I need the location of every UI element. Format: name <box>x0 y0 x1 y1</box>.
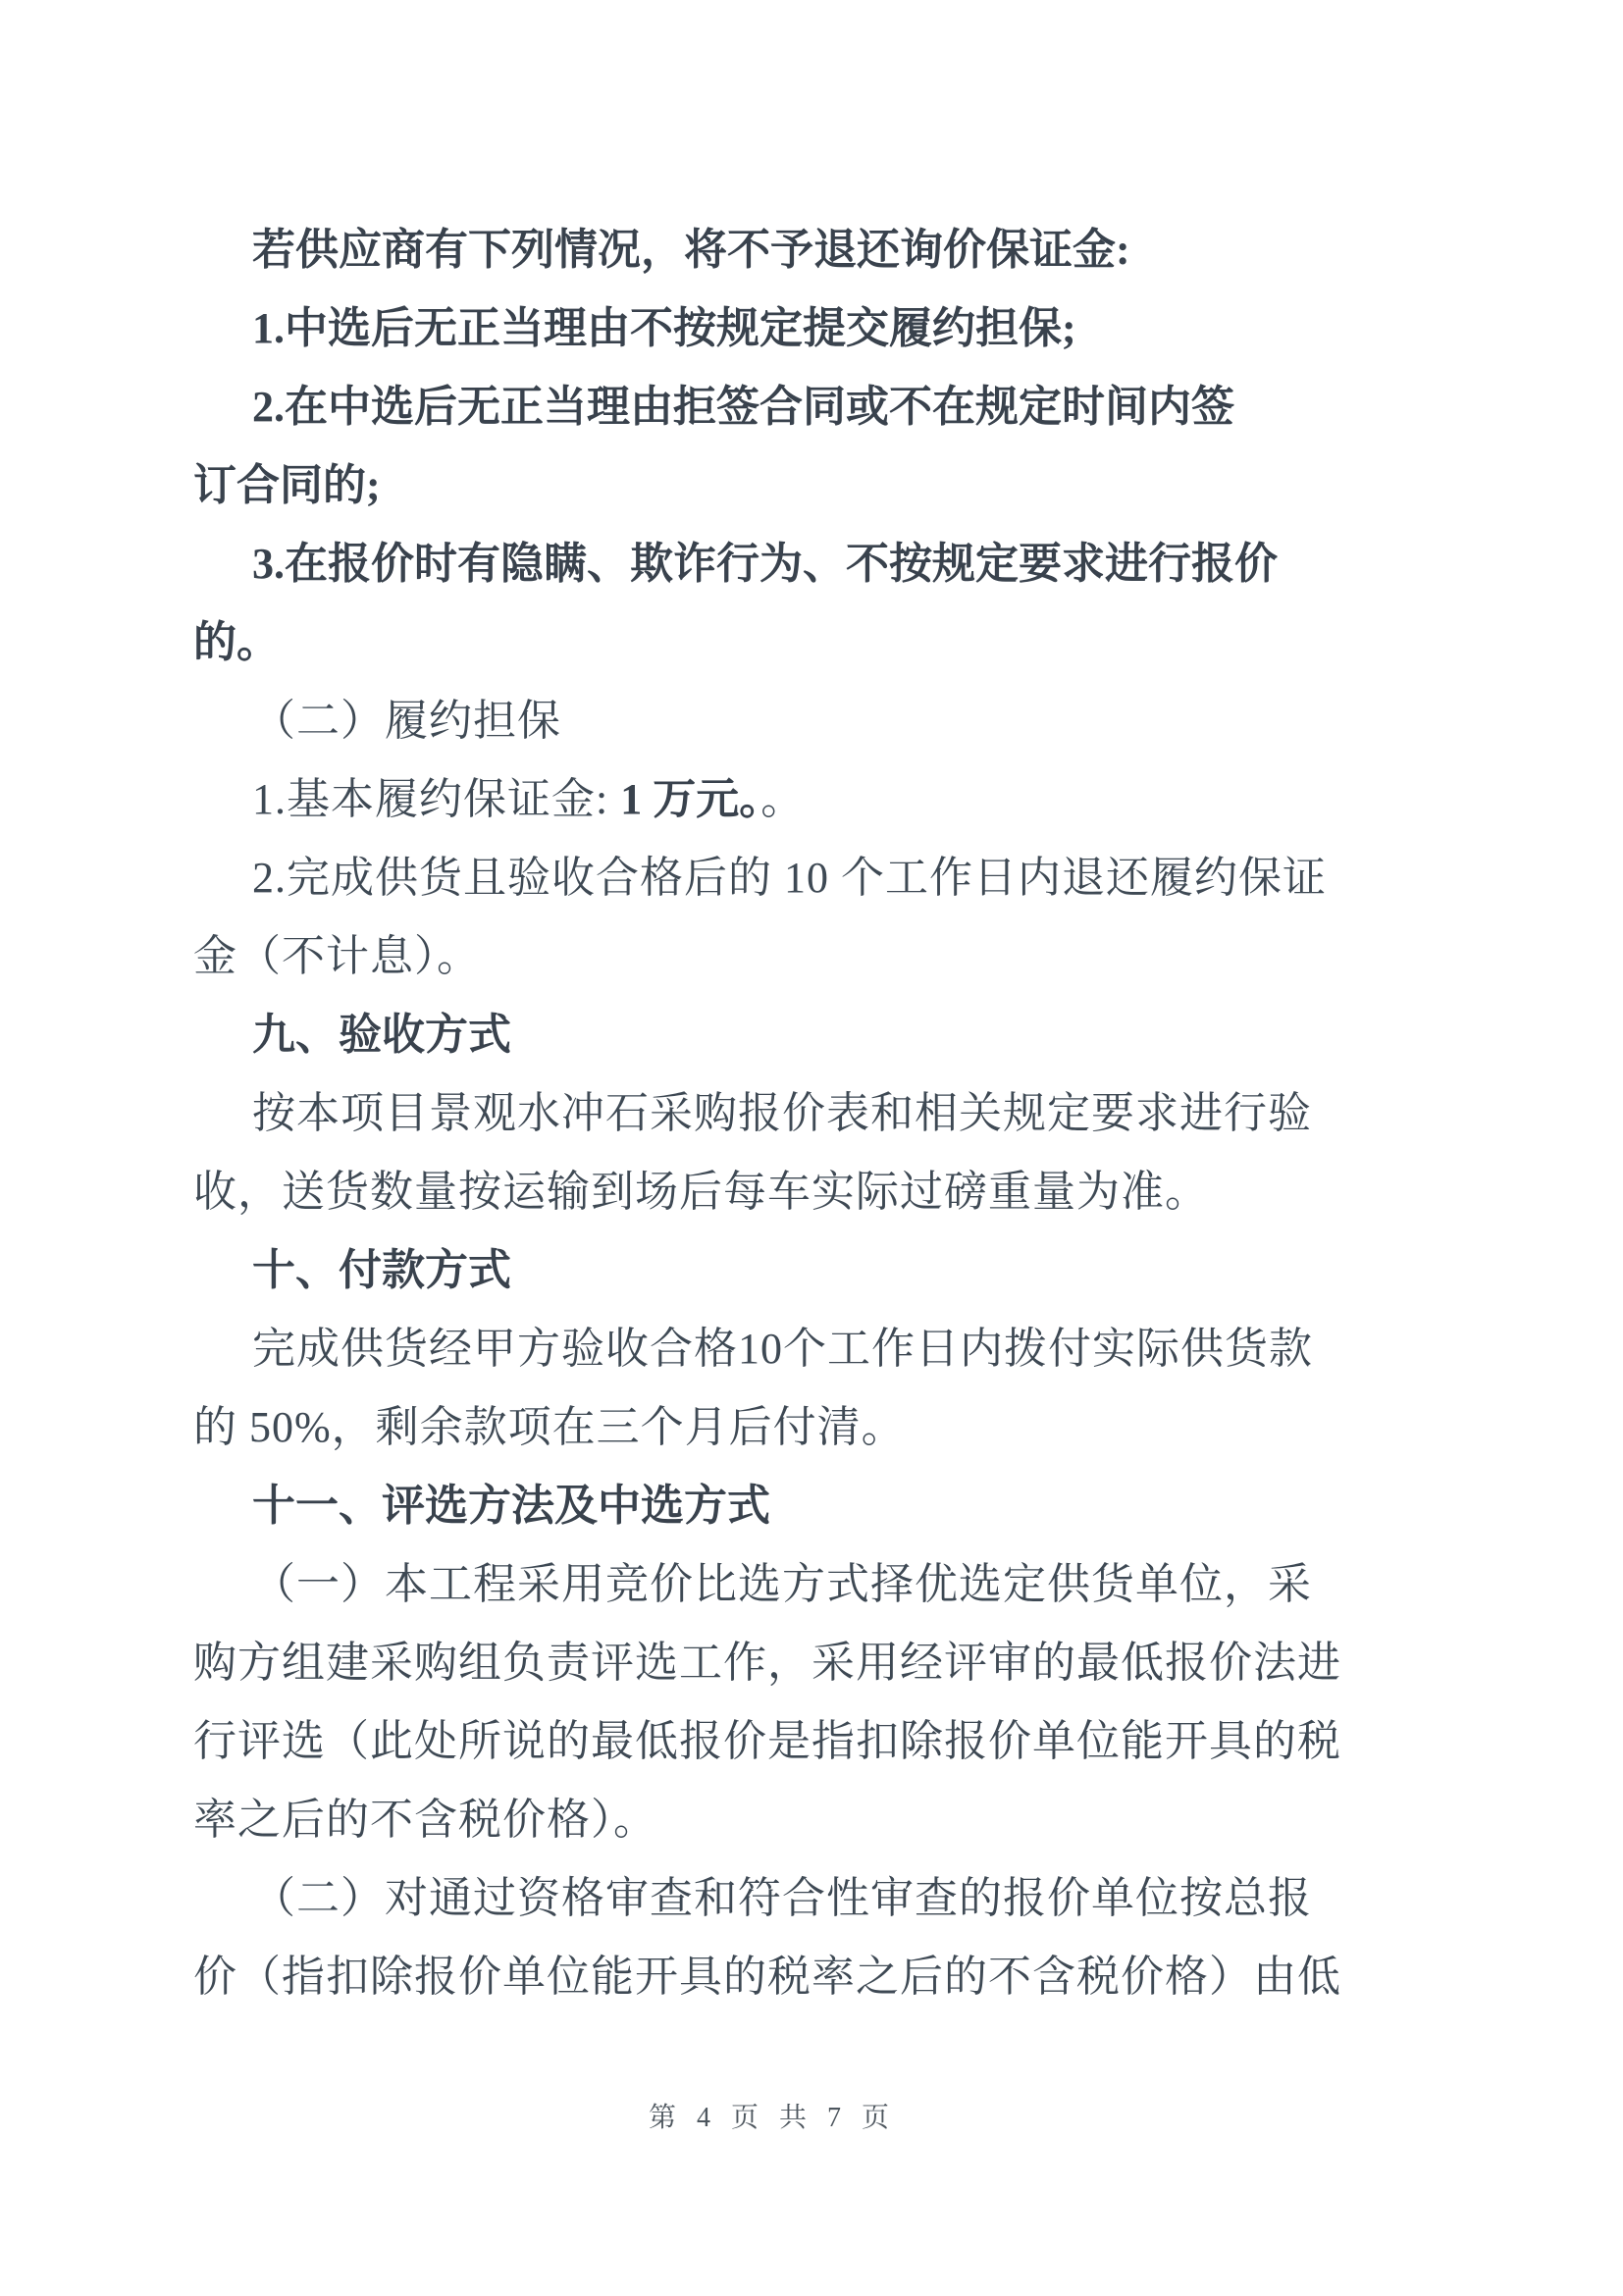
line-text-bold: 若供应商有下列情况，将不予退还询价保证金: <box>252 226 1130 274</box>
line-text: 的 50%，剩余款项在三个月后付清。 <box>193 1403 906 1451</box>
document-body: 若供应商有下列情况，将不予退还询价保证金:1.中选后无正当理由不按规定提交履约担… <box>193 211 1449 2016</box>
line-text: 完成供货经甲方验收合格10个工作日内拨付实际供货款 <box>252 1325 1313 1373</box>
document-line: 十、付款方式 <box>193 1231 1449 1310</box>
line-text: （二）对通过资格审查和符合性审查的报价单位按总报 <box>252 1874 1312 1922</box>
line-text: 。 <box>760 775 805 823</box>
line-text: 1.基本履约保证金: <box>252 775 620 823</box>
line-text-bold: 九、验收方式 <box>252 1011 511 1059</box>
document-line: （一）本工程采用竞价比选方式择优选定供货单位，采 <box>193 1545 1449 1624</box>
document-line: 率之后的不含税价格）。 <box>193 1781 1449 1859</box>
line-text: 价（指扣除报价单位能开具的税率之后的不含税价格）由低 <box>193 1953 1341 2001</box>
document-line: 按本项目景观水冲石采购报价表和相关规定要求进行验 <box>193 1074 1449 1153</box>
document-line: 1.中选后无正当理由不按规定提交履约担保; <box>193 289 1449 368</box>
line-text: 金（不计息）。 <box>193 932 481 980</box>
line-text-bold: 3.在报价时有隐瞒、欺诈行为、不按规定要求进行报价 <box>252 540 1278 588</box>
scanned-document-page: 若供应商有下列情况，将不予退还询价保证金:1.中选后无正当理由不按规定提交履约担… <box>0 0 1623 2296</box>
document-line: 1.基本履约保证金: 1 万元。。 <box>193 760 1449 839</box>
document-line: 若供应商有下列情况，将不予退还询价保证金: <box>193 211 1449 289</box>
document-line: （二）履约担保 <box>193 682 1449 760</box>
line-text-bold: 2.在中选后无正当理由拒签合同或不在规定时间内签 <box>252 383 1234 431</box>
document-line: 九、验收方式 <box>193 996 1449 1074</box>
line-text-bold: 1.中选后无正当理由不按规定提交履约担保; <box>252 304 1076 352</box>
line-text: 率之后的不含税价格）。 <box>193 1796 657 1844</box>
document-line: （二）对通过资格审查和符合性审查的报价单位按总报 <box>193 1859 1449 1938</box>
line-text-bold: 1 万元。 <box>620 775 760 823</box>
line-text-bold: 十、付款方式 <box>252 1246 511 1294</box>
document-line: 金（不计息）。 <box>193 917 1449 996</box>
document-line: 十一、评选方法及中选方式 <box>193 1467 1449 1545</box>
line-text-bold: 的。 <box>193 618 280 666</box>
line-text: 按本项目景观水冲石采购报价表和相关规定要求进行验 <box>252 1089 1312 1137</box>
document-line: 收，送货数量按运输到场后每车实际过磅重量为准。 <box>193 1153 1449 1231</box>
document-line: 的。 <box>193 603 1449 682</box>
document-line: 购方组建采购组负责评选工作，采用经评审的最低报价法进 <box>193 1624 1449 1702</box>
line-text: 行评选（此处所说的最低报价是指扣除报价单位能开具的税 <box>193 1717 1341 1765</box>
line-text: 购方组建采购组负责评选工作，采用经评审的最低报价法进 <box>193 1639 1341 1687</box>
line-text: （二）履约担保 <box>252 697 561 745</box>
document-line: 3.在报价时有隐瞒、欺诈行为、不按规定要求进行报价 <box>193 525 1449 603</box>
document-line: 价（指扣除报价单位能开具的税率之后的不含税价格）由低 <box>193 1938 1449 2016</box>
line-text: 收，送货数量按运输到场后每车实际过磅重量为准。 <box>193 1168 1209 1216</box>
page-number-footer: 第 4 页 共 7 页 <box>649 2096 896 2135</box>
line-text-bold: 订合同的; <box>193 461 381 509</box>
document-line: 订合同的; <box>193 446 1449 525</box>
document-line: 2.完成供货且验收合格后的 10 个工作日内退还履约保证 <box>193 839 1449 917</box>
document-line: 2.在中选后无正当理由拒签合同或不在规定时间内签 <box>193 368 1449 446</box>
line-text: 2.完成供货且验收合格后的 10 个工作日内退还履约保证 <box>252 854 1327 902</box>
document-line: 完成供货经甲方验收合格10个工作日内拨付实际供货款 <box>193 1310 1449 1388</box>
document-line: 的 50%，剩余款项在三个月后付清。 <box>193 1388 1449 1467</box>
line-text-bold: 十一、评选方法及中选方式 <box>252 1482 770 1530</box>
line-text: （一）本工程采用竞价比选方式择优选定供货单位，采 <box>252 1560 1312 1608</box>
document-line: 行评选（此处所说的最低报价是指扣除报价单位能开具的税 <box>193 1702 1449 1781</box>
